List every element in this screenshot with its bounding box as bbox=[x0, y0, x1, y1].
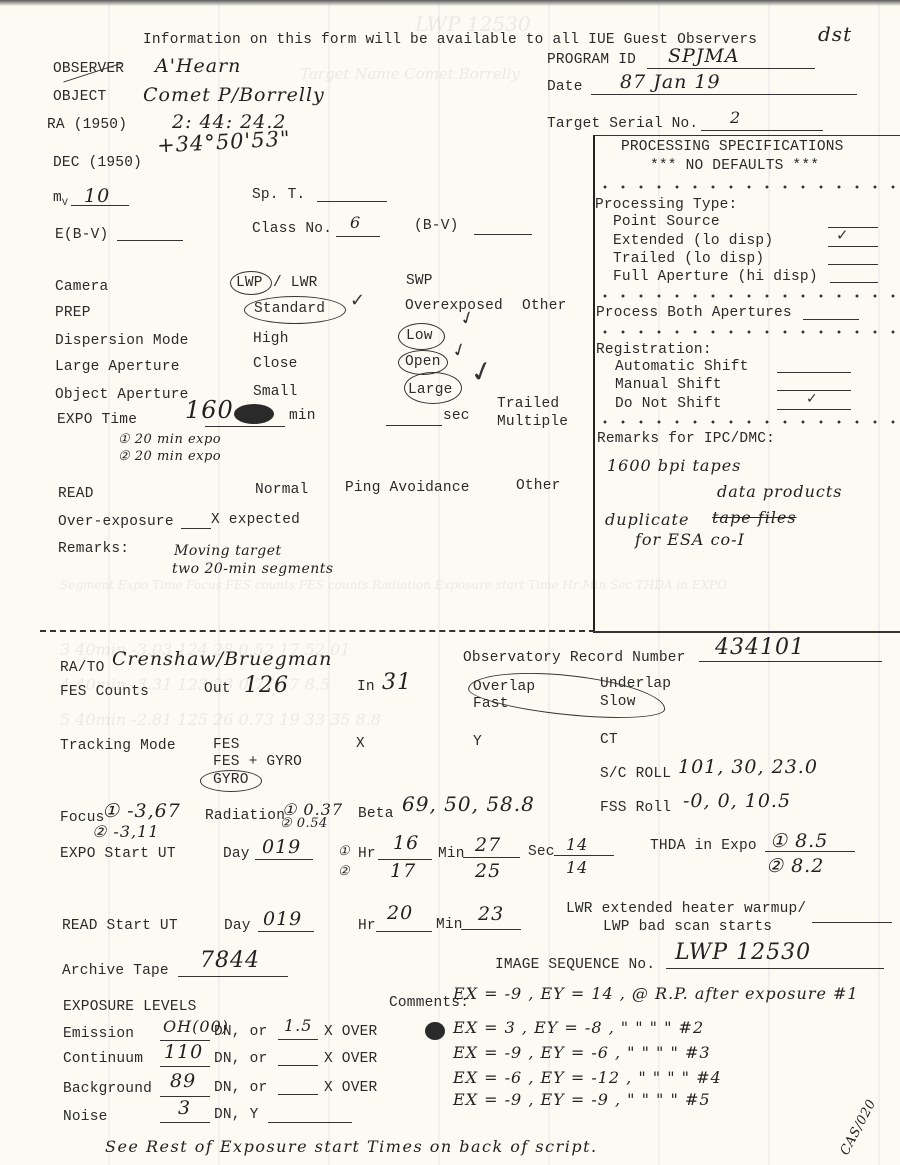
exposure-row-label: Background bbox=[63, 1081, 152, 1097]
beta-label: Beta bbox=[358, 806, 394, 822]
check-mark-icon: ✓ bbox=[806, 391, 818, 407]
obs-record-label: Observatory Record Number bbox=[463, 650, 686, 666]
corner-mark: dst bbox=[818, 22, 852, 46]
expo-time-sec-unit: sec bbox=[443, 408, 470, 424]
read-option-ping-avoidance[interactable]: Ping Avoidance bbox=[345, 480, 470, 496]
ipc-remarks-struck-text: tape files bbox=[712, 508, 797, 527]
fes-out-value[interactable]: 126 bbox=[244, 673, 289, 698]
camera-option-swp[interactable]: SWP bbox=[406, 273, 433, 289]
camera-label: Camera bbox=[55, 279, 108, 295]
fes-counts-label: FES Counts bbox=[60, 684, 149, 700]
iue-observing-script-page: LWP 12530 Target Name Comet Borrelly Seg… bbox=[0, 0, 900, 1165]
fes-out-label: Out bbox=[204, 681, 231, 697]
read-min-underline bbox=[461, 929, 521, 930]
check-mark-icon: ✓ bbox=[836, 226, 849, 244]
object-label: OBJECT bbox=[53, 89, 106, 105]
dotted-divider bbox=[596, 185, 896, 189]
trailed-checkbox[interactable] bbox=[828, 264, 878, 265]
read-option-normal[interactable]: Normal bbox=[255, 482, 308, 498]
target-serial-label: Target Serial No. bbox=[547, 116, 698, 132]
over-exposure-label: Over-exposure bbox=[58, 514, 174, 530]
remarks-line-1: Moving target bbox=[174, 543, 282, 559]
read-day-label: Day bbox=[224, 918, 251, 934]
expo-time-label: EXPO Time bbox=[57, 412, 137, 428]
bv-label: (B-V) bbox=[414, 218, 459, 234]
fes-in-value[interactable]: 31 bbox=[382, 670, 412, 695]
expo-start-label: EXPO Start UT bbox=[60, 846, 176, 862]
exposure-levels-title: EXPOSURE LEVELS bbox=[63, 999, 197, 1015]
prep-label: PREP bbox=[55, 305, 91, 321]
expo-sec-field[interactable] bbox=[386, 425, 442, 426]
comment-line: EX = -9 , EY = -6 , " " " " #3 bbox=[453, 1043, 711, 1062]
exposure-row-label: Emission bbox=[63, 1026, 134, 1042]
dispersion-option-high[interactable]: High bbox=[253, 331, 289, 347]
scan-edge-shadow bbox=[0, 0, 900, 6]
over-exposure-field[interactable] bbox=[181, 528, 211, 529]
dotted-divider bbox=[596, 294, 896, 298]
read-day-underline bbox=[258, 931, 314, 932]
expo-hr-value-1[interactable]: 16 bbox=[393, 832, 419, 854]
form-notice: Information on this form will be availab… bbox=[143, 32, 757, 48]
sp-t-label: Sp. T. bbox=[252, 187, 305, 203]
read-option-other[interactable]: Other bbox=[516, 478, 561, 494]
exposure-dn-suffix: DN, or bbox=[214, 1051, 267, 1067]
thda-value-2[interactable]: ② 8.2 bbox=[766, 855, 824, 877]
mv-label: mV bbox=[53, 190, 68, 209]
camera-selected-circle bbox=[230, 271, 272, 295]
remarks-ipc-dmc-label: Remarks for IPC/DMC: bbox=[597, 431, 775, 447]
expo-time-value[interactable]: 160 bbox=[185, 396, 234, 424]
scribbled-out-mark bbox=[425, 1022, 445, 1040]
read-min-label: Min bbox=[436, 917, 463, 933]
rato-label: RA/TO bbox=[60, 660, 105, 676]
read-min-value[interactable]: 23 bbox=[478, 903, 504, 925]
expo-min-label: Min bbox=[438, 846, 465, 862]
dispersion-label: Dispersion Mode bbox=[55, 333, 189, 349]
camera-option-lwr[interactable]: / LWR bbox=[273, 275, 318, 291]
class-no-value[interactable]: 6 bbox=[350, 213, 361, 232]
archive-tape-underline bbox=[178, 976, 288, 977]
large-aperture-label: Large Aperture bbox=[55, 359, 180, 375]
object-aperture-selected-circle bbox=[404, 372, 462, 404]
read-hr-value[interactable]: 20 bbox=[387, 902, 413, 924]
class-no-label: Class No. bbox=[252, 221, 332, 237]
ipc-remarks-line-2: data products bbox=[717, 482, 843, 501]
object-aperture-label: Object Aperture bbox=[55, 387, 189, 403]
read-hr-label: Hr bbox=[358, 918, 376, 934]
large-aperture-option-close[interactable]: Close bbox=[253, 356, 298, 372]
exposure-row-label: Continuum bbox=[63, 1051, 143, 1067]
prep-option-other[interactable]: Other bbox=[522, 298, 567, 314]
expo-min-underline bbox=[463, 857, 520, 858]
exposure-dn-value[interactable]: 89 bbox=[170, 1070, 196, 1092]
expo-sec-value-2[interactable]: 14 bbox=[566, 858, 588, 877]
object-aperture-option-small[interactable]: Small bbox=[253, 384, 298, 400]
fss-roll-value[interactable]: -0, 0, 10.5 bbox=[683, 790, 791, 812]
expo-row-marker-1: ① bbox=[338, 844, 350, 859]
target-serial-underline bbox=[701, 130, 823, 131]
dotted-divider bbox=[596, 420, 896, 424]
mv-value[interactable]: 10 bbox=[84, 185, 110, 207]
exposure-dn-suffix: DN, or bbox=[214, 1024, 267, 1040]
tracking-option-fes-gyro[interactable]: FES + GYRO bbox=[213, 754, 302, 770]
overlap-slow-selection-circle bbox=[466, 665, 667, 725]
noise-y-field[interactable] bbox=[268, 1122, 352, 1123]
fss-roll-label: FSS Roll bbox=[600, 800, 671, 816]
tracking-axis-y[interactable]: Y bbox=[473, 734, 482, 750]
image-sequence-label: IMAGE SEQUENCE No. bbox=[495, 957, 655, 973]
expo-sec-underline bbox=[554, 855, 614, 856]
exposure-dn-value[interactable]: 3 bbox=[178, 1097, 191, 1119]
tracking-selected-circle bbox=[200, 770, 262, 792]
expo-row-marker-2: ② bbox=[338, 864, 350, 879]
exposure-over-suffix: X OVER bbox=[324, 1024, 377, 1040]
processing-type-full-aperture: Full Aperture (hi disp) bbox=[613, 269, 818, 285]
registration-label: Registration: bbox=[596, 342, 712, 358]
extended-checkbox[interactable] bbox=[828, 246, 878, 247]
expo-min-value-2[interactable]: 25 bbox=[475, 860, 501, 882]
expo-hr-value-2[interactable]: 17 bbox=[390, 860, 416, 882]
dispersion-selected-circle bbox=[398, 323, 445, 350]
exposure-over-field[interactable] bbox=[278, 1094, 318, 1095]
ipc-remarks-line-3: duplicate bbox=[605, 510, 689, 529]
processing-type-label: Processing Type: bbox=[595, 197, 737, 213]
expo-time-underline bbox=[205, 426, 285, 427]
bv-field[interactable] bbox=[474, 234, 532, 235]
full-aperture-checkbox[interactable] bbox=[830, 282, 878, 283]
radiation-value-2[interactable]: ② 0.54 bbox=[280, 816, 328, 831]
image-sequence-value[interactable]: LWP 12530 bbox=[675, 940, 811, 965]
read-label: READ bbox=[58, 486, 94, 502]
expo-sec-label: Sec bbox=[528, 844, 555, 860]
ebv-label: E(B-V) bbox=[55, 227, 108, 243]
image-sequence-underline bbox=[666, 968, 884, 969]
target-serial-value[interactable]: 2 bbox=[730, 108, 741, 127]
lwr-heater-label-line-2: LWP bad scan starts bbox=[603, 919, 772, 935]
obs-record-value[interactable]: 434101 bbox=[715, 635, 805, 660]
expo-time-min-unit: min bbox=[289, 408, 316, 424]
sc-roll-label: S/C ROLL bbox=[600, 766, 671, 782]
date-label: Date bbox=[547, 79, 583, 95]
scribbled-out-mark bbox=[234, 404, 274, 424]
exposure-row-label: Noise bbox=[63, 1109, 108, 1125]
process-both-apertures-checkbox[interactable] bbox=[803, 319, 859, 320]
tracking-axis-ct[interactable]: CT bbox=[600, 732, 618, 748]
program-id-value[interactable]: SPJMA bbox=[668, 45, 740, 67]
expo-note-1: ① 20 min expo bbox=[118, 432, 221, 447]
date-value[interactable]: 87 Jan 19 bbox=[620, 71, 721, 93]
lwr-heater-label-line-1: LWR extended heater warmup/ bbox=[566, 901, 806, 917]
exposure-dn-value[interactable]: 110 bbox=[164, 1041, 203, 1063]
archive-tape-label: Archive Tape bbox=[62, 963, 169, 979]
radiation-label: Radiation bbox=[205, 808, 285, 824]
lwr-heater-field[interactable] bbox=[812, 922, 892, 923]
exposure-dn-suffix: DN, Y bbox=[214, 1107, 259, 1123]
prep-selected-circle bbox=[244, 296, 346, 324]
check-mark-icon: ✓ bbox=[466, 353, 497, 391]
ra-label: RA (1950) bbox=[47, 117, 127, 133]
remarks-label: Remarks: bbox=[58, 541, 129, 557]
ipc-remarks-line-4: for ESA co-I bbox=[635, 530, 745, 549]
expo-min-value-1[interactable]: 27 bbox=[475, 834, 501, 856]
exposure-dn-underline bbox=[160, 1122, 210, 1123]
read-day-value[interactable]: 019 bbox=[263, 908, 302, 930]
tracking-option-fes[interactable]: FES bbox=[213, 737, 240, 753]
processing-type-extended: Extended (lo disp) bbox=[613, 233, 773, 249]
comment-line: EX = 3 , EY = -8 , " " " " #2 bbox=[453, 1018, 704, 1037]
margin-mark: CAS/020 bbox=[838, 1097, 880, 1158]
prep-option-overexposed[interactable]: Overexposed bbox=[405, 298, 503, 314]
registration-do-not-shift: Do Not Shift bbox=[615, 396, 722, 412]
expo-day-label: Day bbox=[223, 846, 250, 862]
check-mark-icon: ✓ bbox=[350, 290, 365, 311]
section-divider bbox=[40, 630, 595, 632]
remarks-line-2: two 20-min segments bbox=[172, 561, 334, 577]
fes-in-label: In bbox=[357, 679, 375, 695]
do-not-shift-checkbox[interactable] bbox=[777, 409, 851, 410]
exposure-over-field[interactable] bbox=[278, 1065, 318, 1066]
obs-record-underline bbox=[699, 661, 882, 662]
beta-value[interactable]: 69, 50, 58.8 bbox=[402, 792, 535, 816]
large-aperture-selected-circle bbox=[398, 350, 448, 375]
expo-hr-label: Hr bbox=[358, 846, 376, 862]
comment-line: EX = -6 , EY = -12 , " " " " #4 bbox=[453, 1068, 722, 1087]
automatic-shift-checkbox[interactable] bbox=[777, 372, 851, 373]
bleed-through-text: 5 40min -2.81 125 26 0.73 19 33 35 8.8 bbox=[60, 710, 381, 729]
read-start-label: READ Start UT bbox=[62, 918, 178, 934]
exposure-dn-underline bbox=[160, 1066, 210, 1067]
expo-note-2: ② 20 min expo bbox=[118, 449, 221, 464]
observer-value[interactable]: A'Hearn bbox=[155, 55, 241, 77]
archive-tape-value[interactable]: 7844 bbox=[200, 948, 260, 973]
processing-type-trailed: Trailed (lo disp) bbox=[613, 251, 764, 267]
exposure-over-suffix: X OVER bbox=[324, 1080, 377, 1096]
exposure-dn-suffix: DN, or bbox=[214, 1080, 267, 1096]
exposure-over-underline bbox=[278, 1039, 318, 1040]
thda-label: THDA in Expo bbox=[650, 838, 757, 854]
over-exposure-suffix: X expected bbox=[211, 512, 300, 528]
object-value[interactable]: Comet P/Borrelly bbox=[143, 84, 325, 106]
sp-t-field[interactable] bbox=[317, 201, 387, 202]
processing-title: PROCESSING SPECIFICATIONS bbox=[621, 139, 844, 155]
ipc-remarks-line-1: 1600 bpi tapes bbox=[607, 456, 741, 475]
program-id-underline bbox=[647, 68, 815, 69]
expo-day-value[interactable]: 019 bbox=[262, 836, 301, 858]
multiple-option[interactable]: Multiple bbox=[497, 414, 568, 430]
tracking-mode-label: Tracking Mode bbox=[60, 738, 176, 754]
trailed-option[interactable]: Trailed bbox=[497, 396, 559, 412]
bleed-through-text: Target Name Comet Borrelly bbox=[300, 65, 520, 83]
dotted-divider bbox=[596, 330, 896, 334]
ebv-field[interactable] bbox=[117, 240, 183, 241]
processing-type-point-source: Point Source bbox=[613, 214, 720, 230]
registration-automatic-shift: Automatic Shift bbox=[615, 359, 749, 375]
sc-roll-value[interactable]: 101, 30, 23.0 bbox=[678, 756, 818, 778]
process-both-apertures-label: Process Both Apertures bbox=[596, 305, 792, 321]
comment-line: EX = -9 , EY = -9 , " " " " #5 bbox=[453, 1090, 711, 1109]
footer-note: See Rest of Exposure start Times on back… bbox=[105, 1137, 598, 1156]
expo-day-underline bbox=[255, 859, 313, 860]
thda-value-1[interactable]: ① 8.5 bbox=[770, 830, 828, 852]
registration-manual-shift: Manual Shift bbox=[615, 377, 722, 393]
program-id-label: PROGRAM ID bbox=[547, 52, 636, 68]
read-hr-underline bbox=[376, 931, 432, 932]
focus-value-2[interactable]: ② -3,11 bbox=[92, 822, 159, 841]
comment-line: EX = -9 , EY = 14 , @ R.P. after exposur… bbox=[453, 984, 859, 1003]
rato-value[interactable]: Crenshaw/Bruegman bbox=[112, 648, 332, 670]
focus-value-1[interactable]: ① -3,67 bbox=[102, 800, 181, 822]
observer-label: OBSERVER bbox=[53, 61, 124, 77]
class-no-underline bbox=[336, 236, 380, 237]
tracking-axis-x[interactable]: X bbox=[356, 736, 365, 752]
exposure-over-value[interactable]: 1.5 bbox=[284, 1016, 312, 1035]
exposure-over-suffix: X OVER bbox=[324, 1051, 377, 1067]
processing-subtitle: *** NO DEFAULTS *** bbox=[650, 158, 819, 174]
date-underline bbox=[591, 94, 857, 95]
dec-label: DEC (1950) bbox=[53, 155, 142, 171]
expo-sec-value-1[interactable]: 14 bbox=[566, 835, 588, 854]
